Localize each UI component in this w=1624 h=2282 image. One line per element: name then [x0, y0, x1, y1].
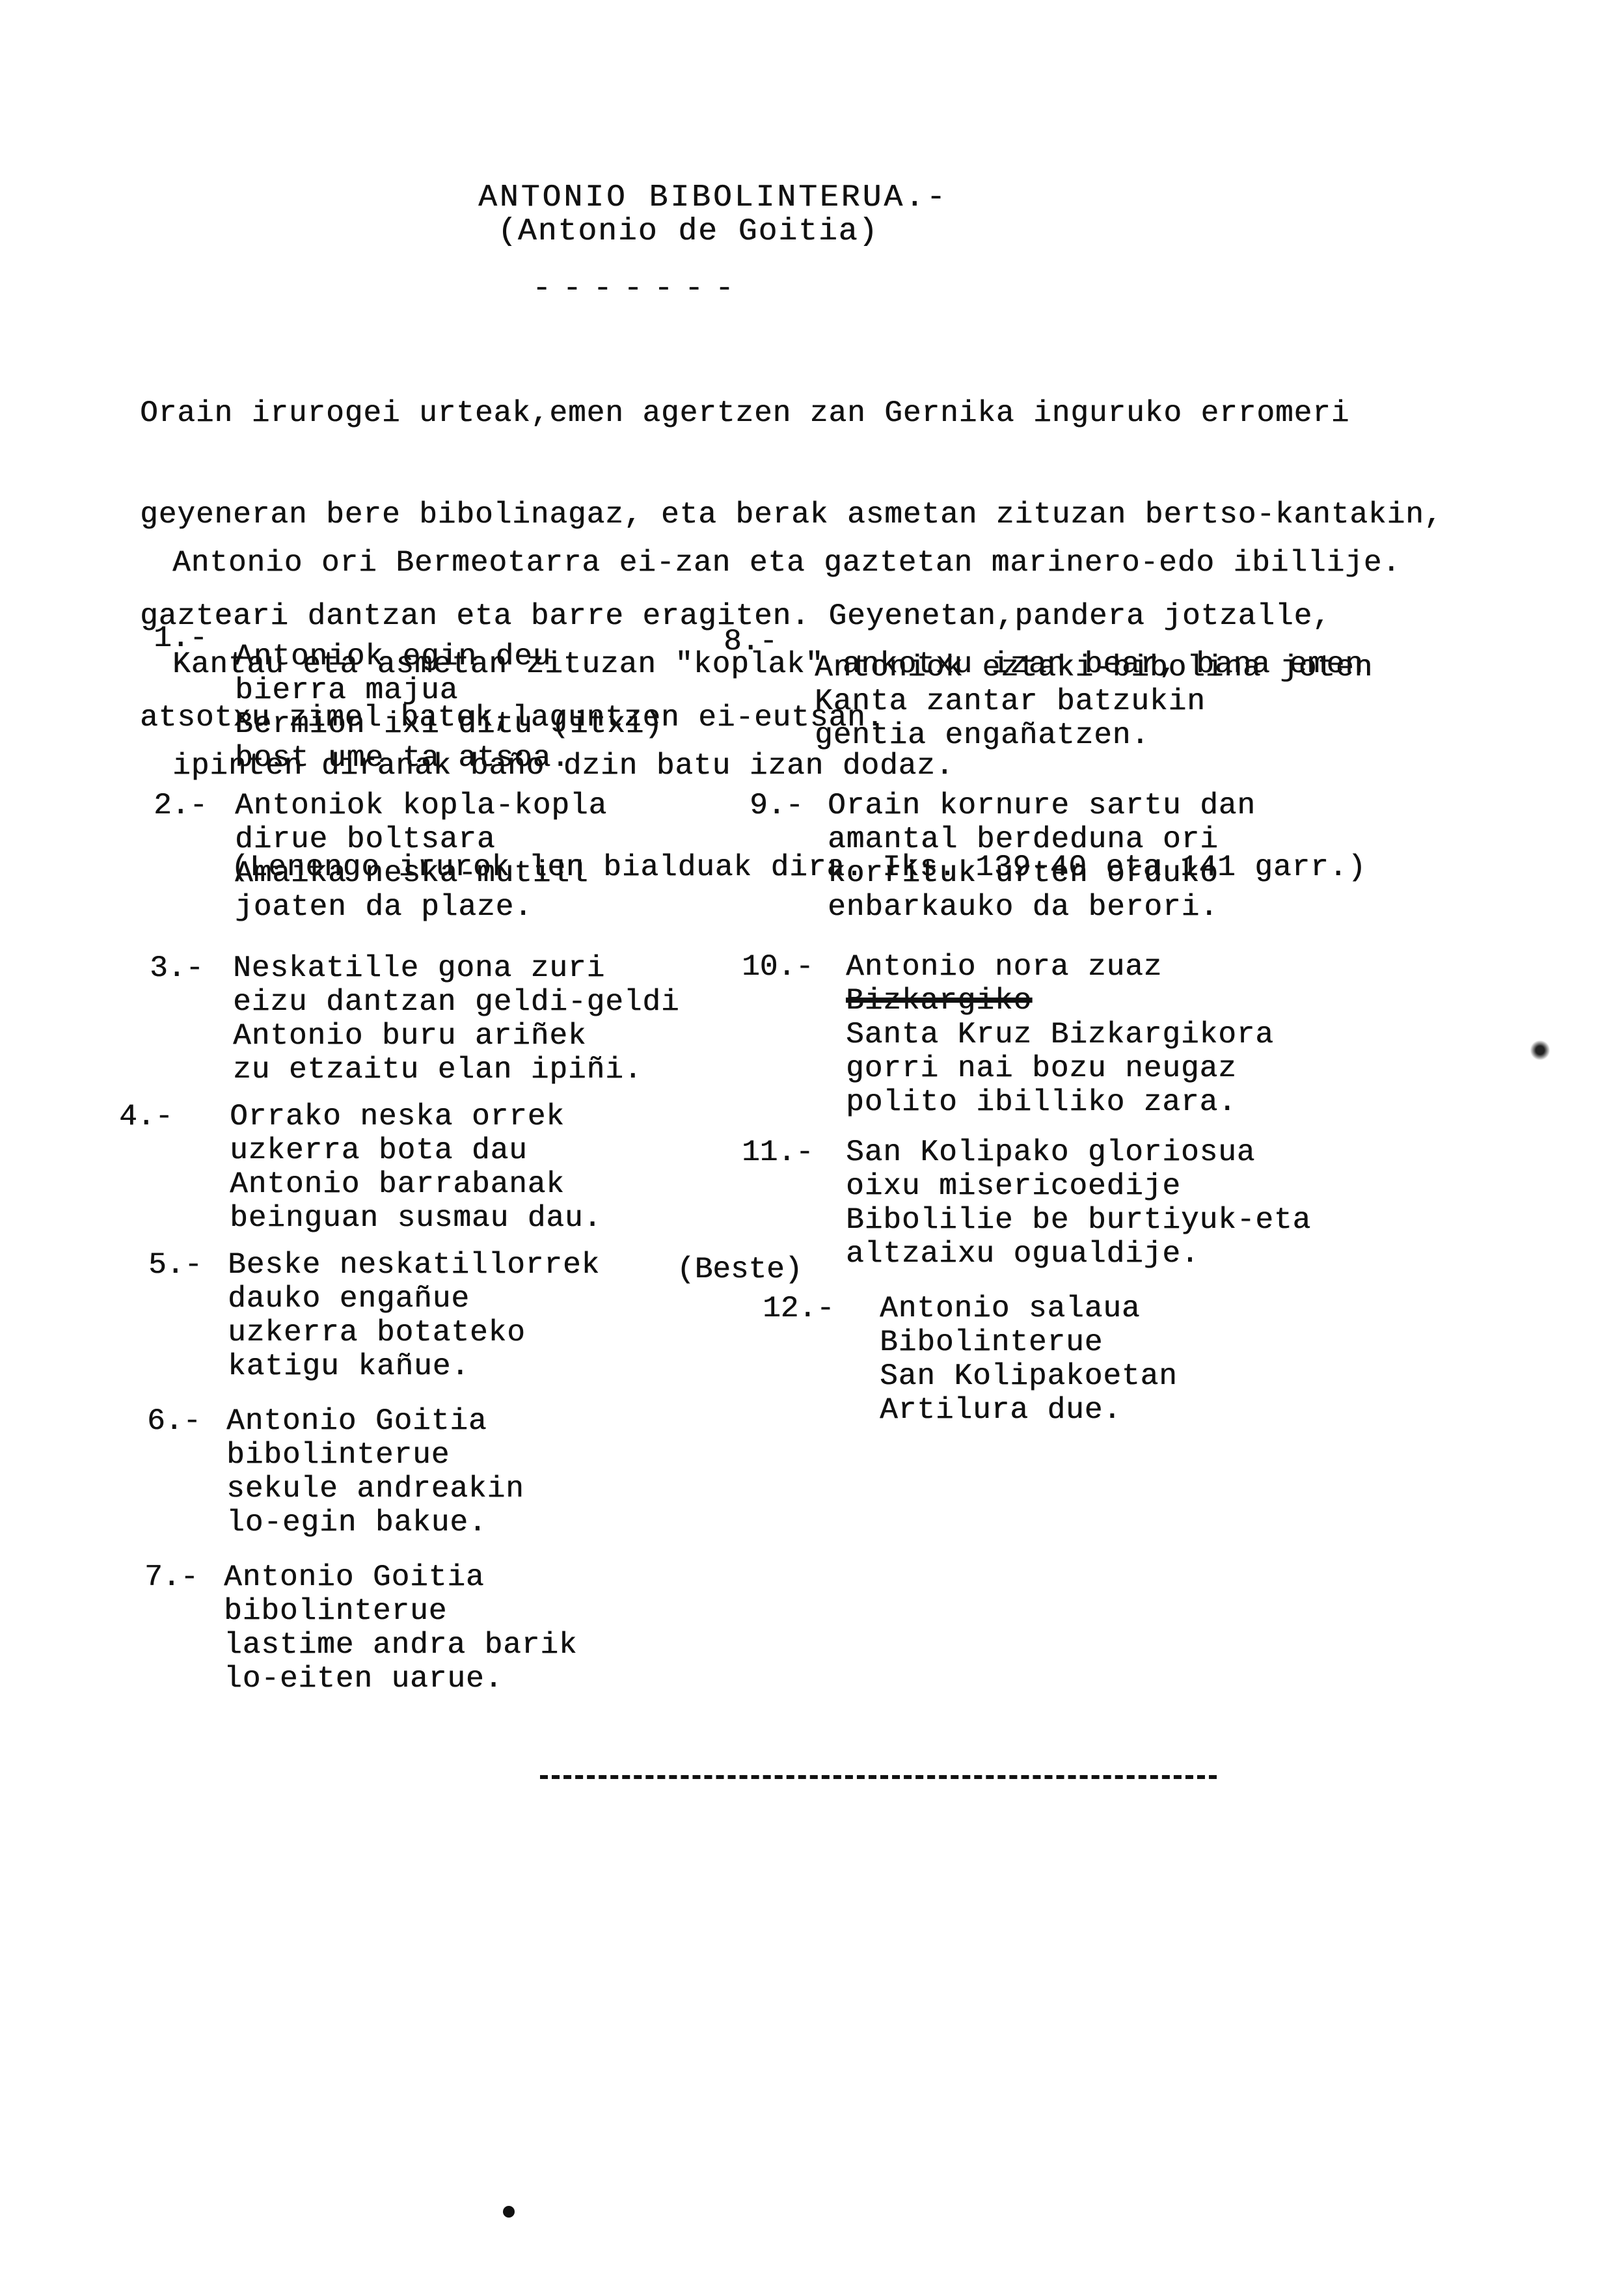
closing-dashed-rule — [540, 1775, 1217, 1779]
verse-line: Kanta zantar batzukin — [815, 685, 1373, 718]
verse-line: bost ume ta atsoa. — [235, 741, 663, 775]
page-title: ANTONIO BIBOLINTERUA.- — [478, 181, 948, 215]
verse-line: Antonio nora zuaz — [846, 950, 1274, 984]
verse-line: Antonio buru ariñek — [233, 1019, 680, 1053]
verse-line: eizu dantzan geldi-geldi — [233, 985, 680, 1019]
verse-line: altzaixu ogualdije. — [846, 1237, 1311, 1271]
verse-line: Antonio Goitia — [224, 1560, 578, 1594]
verse-line: zu etzaitu elan ipiñi. — [233, 1053, 680, 1087]
verse-line: lastime andra barik — [224, 1628, 578, 1662]
intro-line: Orain irurogei urteak,emen agertzen zan … — [140, 396, 1442, 430]
verse-line: gorri nai bozu neugaz — [846, 1052, 1274, 1085]
ink-smudge — [1530, 1040, 1550, 1061]
title-separator: ------- — [532, 272, 746, 306]
verse-line: joaten da plaze. — [235, 890, 607, 924]
verse-line: Amaika neska-mutill — [235, 856, 607, 890]
verse-line: lo-eiten uarue. — [224, 1662, 578, 1696]
ink-dot — [503, 2206, 515, 2218]
verse-number: 9.- — [750, 789, 804, 822]
verse-line: Bibolinterue — [880, 1325, 1178, 1359]
verse-number: 2.- — [154, 789, 208, 822]
verse-number: 5.- — [148, 1248, 202, 1282]
typewritten-page: ANTONIO BIBOLINTERUA.- (Antonio de Goiti… — [0, 0, 1624, 2282]
verse-line: Bibolilie be burtiyuk-eta — [846, 1203, 1311, 1237]
verse-line: Antonio barrabanak — [230, 1167, 602, 1201]
verse-line: Beske neskatillorrek — [228, 1248, 600, 1282]
verse-number: 11.- — [742, 1135, 813, 1169]
verse-number: 1.- — [154, 621, 208, 655]
verse-line: amantal berdeduna ori — [828, 822, 1256, 856]
verse-line: San Kolipako gloriosua — [846, 1135, 1311, 1169]
verse-line: bibolinterue — [226, 1438, 524, 1472]
verse-line: Orrako neska orrek — [230, 1100, 602, 1134]
verse-line: korrituk urten orduko — [828, 856, 1256, 890]
verse-line: sekule andreakin — [226, 1472, 524, 1506]
verse-line: uzkerra bota dau — [230, 1134, 602, 1167]
verse-number: 4.- — [119, 1100, 173, 1134]
verse-line: enbarkauko da berori. — [828, 890, 1256, 924]
verse-line: San Kolipakoetan — [880, 1359, 1178, 1393]
verse-5-correction: (Beste) — [677, 1253, 802, 1286]
verse-line: Antoniok eztaki-bibolina joten — [815, 651, 1373, 685]
verse-line: Bermion ixi ditu (itxi) — [235, 707, 663, 741]
verse-line: Antoniok kopla-kopla — [235, 789, 607, 822]
verse-line: beinguan susmau dau. — [230, 1201, 602, 1235]
paragraph-line: Antonio ori Bermeotarra ei-zan eta gazte… — [172, 546, 1401, 580]
verse-line: katigu kañue. — [228, 1350, 600, 1383]
verse-line: polito ibilliko zara. — [846, 1085, 1274, 1119]
verse-line: bierra majua — [235, 673, 663, 707]
verse-line: Santa Kruz Bizkargikora — [846, 1018, 1274, 1052]
verse-line: lo-egin bakue. — [226, 1506, 524, 1540]
page-subtitle: (Antonio de Goitia) — [498, 215, 878, 249]
verse-line: bibolinterue — [224, 1594, 578, 1628]
verse-number: 10.- — [742, 950, 813, 984]
verse-line: Artilura due. — [880, 1393, 1178, 1427]
verse-line: Neskatille gona zuri — [233, 951, 680, 985]
verse-line: Orain kornure sartu dan — [828, 789, 1256, 822]
verse-number: 8.- — [724, 625, 778, 659]
verse-line: Antonio Goitia — [226, 1404, 524, 1438]
verse-number: 7.- — [144, 1560, 198, 1594]
verse-line: dauko engañue — [228, 1282, 600, 1316]
verse-line: Antonio salaua — [880, 1292, 1178, 1325]
verse-number: 3.- — [150, 951, 204, 985]
verse-line: dirue boltsara — [235, 822, 607, 856]
verse-line: gentia engañatzen. — [815, 718, 1373, 752]
verse-number: 6.- — [147, 1404, 201, 1438]
verse-line: uzkerra botateko — [228, 1316, 600, 1350]
verse-line: Antoniok egin deu — [235, 640, 663, 673]
verse-number: 12.- — [763, 1292, 834, 1325]
verse-line: oixu misericoedije — [846, 1169, 1311, 1203]
struck-verse-line: Bizkargiko — [846, 984, 1274, 1018]
